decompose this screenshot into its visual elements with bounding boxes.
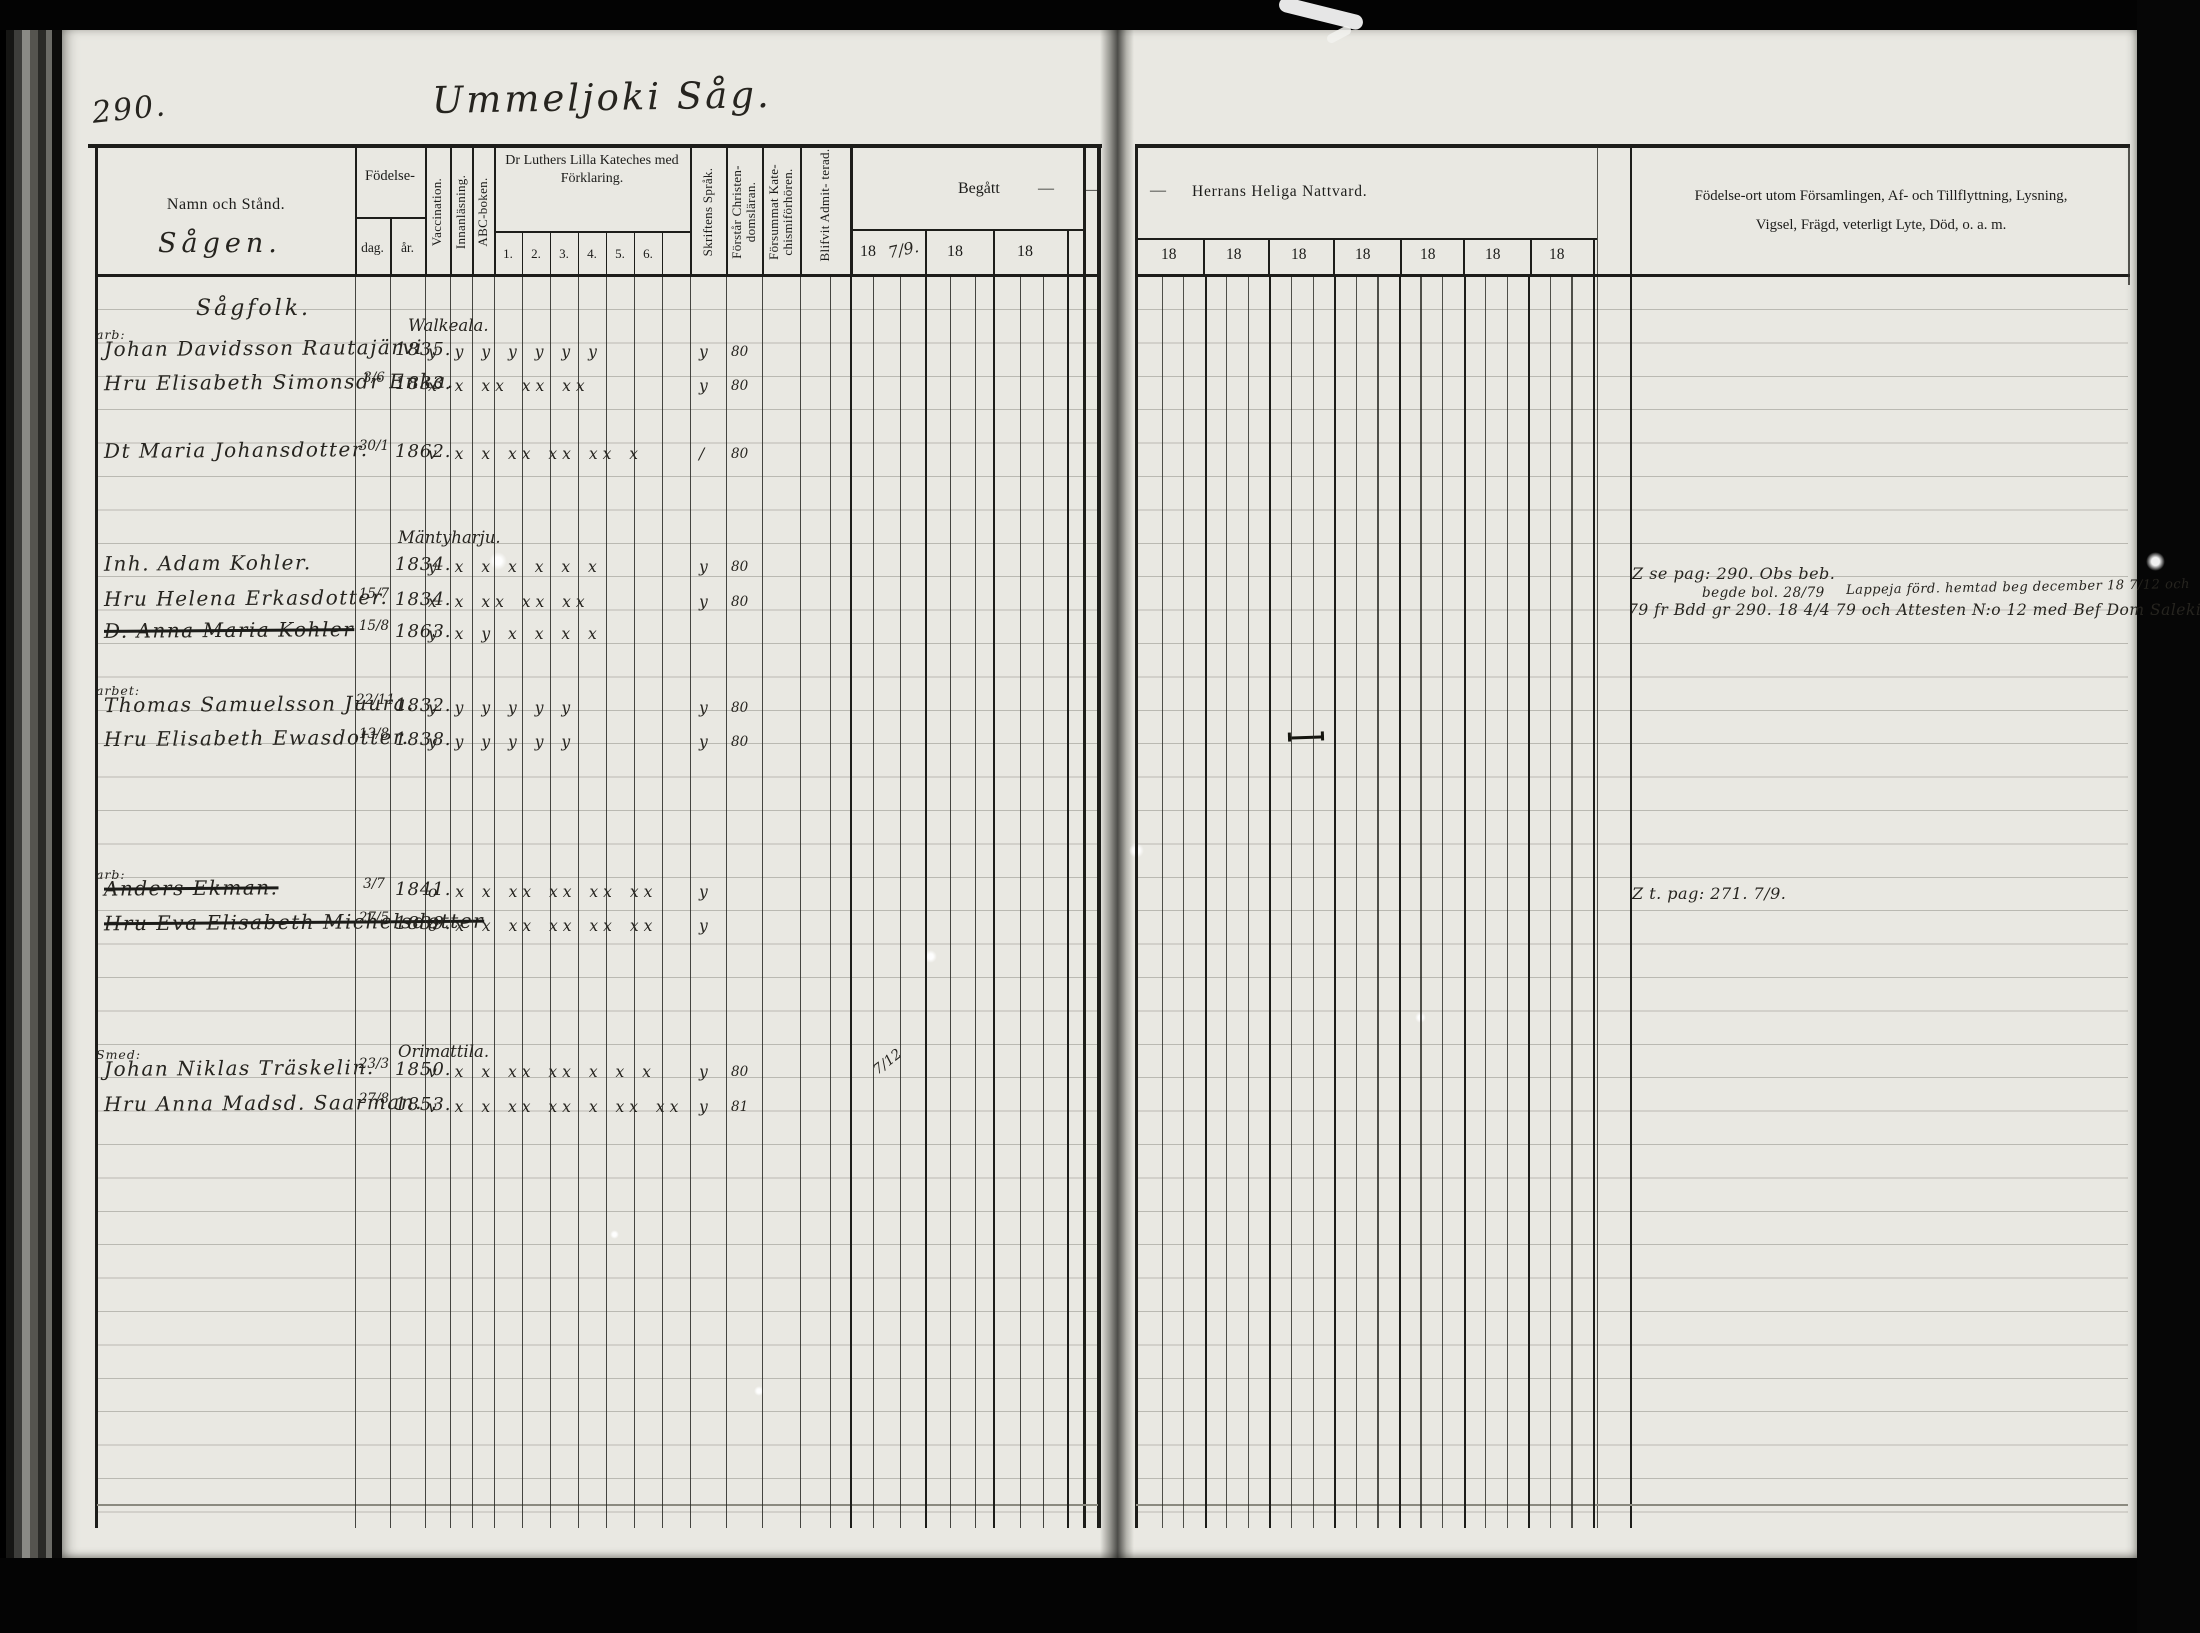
skrift-mark: y (699, 558, 708, 576)
nattvard-dash: — (1150, 182, 1166, 200)
grid-line (1377, 277, 1378, 1528)
grid-line (1135, 144, 2130, 148)
grid-line (390, 218, 392, 274)
grid-line (494, 147, 496, 274)
year-label-right-6: 18 (1485, 246, 1501, 264)
grid-line (1463, 238, 1465, 274)
grid-line (726, 277, 727, 1528)
skrift-mark: / (699, 445, 704, 463)
grid-line (390, 277, 391, 1528)
grade-number: 80 (731, 559, 748, 575)
annotation-see-page-271: Z t. pag: 271. 7/9. (1632, 884, 1786, 903)
grid-line (1083, 147, 1086, 1528)
grid-line (1268, 238, 1270, 274)
skrift-mark: y (699, 917, 708, 935)
grid-line (1485, 277, 1486, 1528)
grid-line (634, 231, 635, 274)
year-label-right-2: 18 (1226, 246, 1242, 264)
grid-line (634, 277, 635, 1528)
grid-line (925, 277, 927, 1528)
column-dag: dag. (356, 240, 389, 256)
grid-line (1097, 147, 1101, 1528)
grid-line (1205, 277, 1207, 1528)
section-heading: Sågfolk. (196, 296, 311, 321)
grid-line (873, 277, 874, 1528)
column-vaccination: Vaccination. (430, 147, 444, 277)
grid-line (1067, 277, 1069, 1528)
grade-number: 80 (731, 734, 748, 750)
grid-line (1183, 277, 1184, 1528)
grid-line (1291, 277, 1292, 1528)
birth-day: 30/1 (356, 440, 392, 453)
grid-line (522, 231, 523, 274)
person-name: Hru Helena Erkasdotter. (104, 585, 389, 611)
birth-day: 3/6 (356, 372, 392, 385)
film-edge-top (0, 0, 2200, 30)
grid-line (1420, 277, 1421, 1528)
grid-line (606, 277, 607, 1528)
grid-line (662, 277, 663, 1528)
grid-line (1020, 277, 1021, 1528)
skrift-mark: y (699, 1063, 708, 1081)
grid-line (1399, 277, 1401, 1528)
grid-line (925, 229, 927, 274)
year-label-left-1: 18 (860, 243, 876, 261)
birth-day: 22/11 (356, 694, 392, 707)
reading-marks: y x y x x x x (428, 625, 602, 643)
column-innanlasning: Innanläsning. (454, 147, 468, 277)
grid-line (97, 1504, 1098, 1506)
kateches-col-1: 1. (494, 246, 522, 262)
grid-line (662, 231, 663, 274)
year-label-right-3: 18 (1291, 246, 1307, 264)
grid-line (950, 277, 951, 1528)
grid-line (95, 147, 98, 1528)
column-fodelse: Födelse- (355, 168, 425, 185)
column-abc-boken: ABC-boken. (476, 147, 490, 277)
column-forsummat-katechismiforhoren: Försummat Kate- chismiförhören. (767, 147, 795, 277)
grid-line (578, 277, 579, 1528)
skrift-mark: y (699, 699, 708, 717)
grid-line (522, 277, 523, 1528)
reading-marks: x x xx xx xx (428, 593, 590, 611)
reading-marks: y y y y y y y (428, 343, 602, 361)
skrift-mark: y (699, 377, 708, 395)
column-nattvard: Herrans Heliga Nattvard. (1192, 183, 1367, 201)
grid-line (1597, 147, 1598, 1528)
grid-line (690, 277, 691, 1528)
grid-line (450, 147, 452, 274)
grid-line (1400, 238, 1402, 274)
grid-line (88, 144, 1102, 148)
microfilm-scan: 290. Ummeljoki Såg. Namn och Stånd. Såge… (0, 0, 2200, 1633)
grid-line (1464, 277, 1466, 1528)
annotation-attest: 79 fr Bdd gr 290. 18 4/4 79 och Attesten… (1628, 601, 2200, 619)
grid-line (993, 277, 995, 1528)
reading-marks: v x x xx xx xx x (428, 445, 643, 463)
begatt-dash: — (1038, 180, 1054, 198)
grid-line (1333, 238, 1335, 274)
film-speck (489, 552, 507, 570)
kateches-col-6: 6. (634, 246, 662, 262)
grade-number: 80 (731, 700, 748, 716)
grid-line (900, 277, 901, 1528)
annotation-see-page: Z se pag: 290. Obs beb. (1632, 564, 1835, 583)
grid-line (550, 277, 551, 1528)
column-namn-och-stand: Namn och Stånd. (95, 196, 357, 214)
grid-line (1269, 277, 1271, 1528)
grid-line (1507, 277, 1508, 1528)
reading-marks: y x x x x x x (428, 558, 602, 576)
grid-line (830, 277, 831, 1528)
rightcol-header-line2: Vigsel, Frägd, veterligt Lyte, Död, o. a… (1634, 217, 2128, 234)
grid-line (1135, 147, 1138, 1528)
grid-line (800, 277, 801, 1528)
grid-line (425, 147, 427, 274)
grid-line (850, 277, 852, 1528)
reading-marks: o x x xx xx xx xx (428, 917, 657, 935)
column-forstar-christendomslaran: Förstår Christen- domsläran. (730, 147, 758, 277)
grade-number: 80 (731, 1064, 748, 1080)
person-name: Johan Davidsson Rautajärvi (104, 335, 423, 361)
grid-line (355, 277, 356, 1528)
film-speck (2146, 552, 2165, 571)
grid-line (2128, 147, 2130, 285)
grid-line (1226, 277, 1227, 1528)
year-label-left-3: 18 (1017, 243, 1033, 261)
year-label-left-2: 18 (947, 243, 963, 261)
grade-number: 80 (731, 594, 748, 610)
grade-number: 80 (731, 344, 748, 360)
film-edge-left (0, 0, 62, 1633)
grid-line (1067, 229, 1069, 274)
kateches-col-3: 3. (550, 246, 578, 262)
skrift-mark: y (699, 883, 708, 901)
village-name: Sågen. (158, 228, 282, 259)
skrift-mark: y (699, 733, 708, 751)
grid-line (355, 217, 425, 219)
reading-marks: v x x xx xx x xx xx (428, 1098, 683, 1116)
person-name: Inh. Adam Kohler. (104, 550, 312, 575)
year-label-right-1: 18 (1161, 246, 1177, 264)
grid-line (1043, 277, 1044, 1528)
column-skriftens-sprak: Skriftens Språk. (701, 147, 715, 277)
year-label-right-4: 18 (1355, 246, 1371, 264)
skrift-mark: y (699, 593, 708, 611)
grid-line (975, 277, 976, 1528)
birth-day: 15/8 (356, 620, 392, 633)
grid-line (450, 277, 451, 1528)
grade-number: 81 (731, 1099, 748, 1115)
grid-line (1334, 277, 1336, 1528)
grid-line (1593, 238, 1595, 274)
column-begatt: Begått (958, 180, 1000, 198)
skrift-mark: y (699, 1098, 708, 1116)
grid-line (850, 229, 1085, 231)
birth-day: 27/5 (356, 912, 392, 925)
column-kateches: Dr Luthers Lilla Kateches med Förklaring… (494, 152, 690, 187)
page-title: Ummeljoki Såg. (432, 73, 772, 122)
grid-line (1528, 277, 1530, 1528)
skrift-mark: y (699, 343, 708, 361)
grid-line (1356, 277, 1357, 1528)
film-edge-bottom (0, 1558, 2200, 1633)
grid-line (1530, 238, 1532, 274)
grid-line (690, 147, 692, 274)
birth-day: 3/7 (356, 878, 392, 891)
person-name: Johan Niklas Träskelin. (104, 1055, 375, 1081)
grid-line (993, 229, 995, 274)
grid-line (800, 147, 802, 274)
grid-line (425, 277, 426, 1528)
kateches-col-2: 2. (522, 246, 550, 262)
grid-line (1630, 147, 1632, 1528)
grade-number: 80 (731, 446, 748, 462)
kateches-col-5: 5. (606, 246, 634, 262)
birthplace-note-walkeala: Walkeala. (408, 316, 489, 335)
birth-day: 27/8 (356, 1093, 392, 1106)
grid-line (762, 147, 764, 274)
grid-line (578, 231, 579, 274)
grid-line (1442, 277, 1443, 1528)
grid-line (762, 277, 763, 1528)
reading-marks: o x x xx xx xx xx (428, 883, 657, 901)
grid-line (550, 231, 551, 274)
column-blifvit-admitterad: Blifvit Admit- terad. (818, 140, 832, 270)
grid-line (1248, 277, 1249, 1528)
grade-number: 80 (731, 378, 748, 394)
kateches-col-4: 4. (578, 246, 606, 262)
birth-day: 15/7 (356, 588, 392, 601)
reading-marks: x x xx xx xx (428, 377, 590, 395)
person-name: Dt Maria Johansdotter. (104, 437, 369, 463)
grid-line (472, 277, 473, 1528)
grid-line (1203, 238, 1205, 274)
grid-line (606, 231, 607, 274)
rightcol-header-line1: Födelse-ort utom Församlingen, Af- och T… (1634, 188, 2128, 205)
grid-line (1136, 1504, 2128, 1506)
grid-line (472, 147, 474, 274)
grid-line (494, 277, 495, 1528)
birth-day: 13/8 (356, 728, 392, 741)
grid-line (1571, 277, 1572, 1528)
film-speck (610, 1230, 619, 1239)
person-name: D. Anna Maria Kohler (104, 617, 354, 643)
film-edge-right (2137, 0, 2200, 1633)
grid-line (1313, 277, 1314, 1528)
reading-marks: v x x xx xx x x x (428, 1063, 656, 1081)
grid-line (1550, 277, 1551, 1528)
grid-line (1162, 277, 1163, 1528)
grid-line (726, 147, 728, 274)
page-binding (1100, 30, 1134, 1558)
grid-line (1135, 274, 2130, 277)
birth-day: 23/3 (356, 1058, 392, 1071)
person-name: Anders Ekman. (104, 875, 279, 900)
grid-line (494, 231, 690, 233)
year-label-right-7: 18 (1549, 246, 1565, 264)
year-label-right-5: 18 (1420, 246, 1436, 264)
annotation-small: begde bol. 28/79 (1702, 585, 1825, 601)
column-ar: år. (391, 240, 424, 256)
grid-line (355, 147, 357, 274)
grid-line (1593, 277, 1595, 1528)
grid-line (850, 147, 853, 274)
